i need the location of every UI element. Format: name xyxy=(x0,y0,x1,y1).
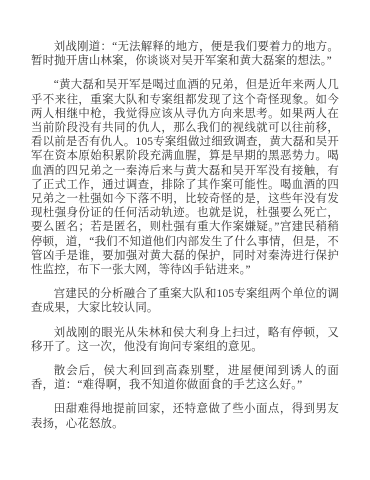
paragraph: 散会后，侯大利回到高森别墅，进屋便闻到诱人的面香，道：“难得啊，我不知道你做面食… xyxy=(31,364,339,392)
paragraph: 宫建民的分析融合了重案大队和105专案组两个单位的调查成果，大家比较认同。 xyxy=(31,287,339,315)
paragraph: “黄大磊和吴开军是喝过血酒的兄弟，但是近年来两人几乎不来往，重案大队和专案组都发… xyxy=(31,78,339,277)
novel-reader-page: 刘战刚道：“无法解释的地方，便是我们要着力的地方。暂时抛开唐山林案，你谈谈对吴开… xyxy=(0,0,370,480)
paragraph: 刘战刚道：“无法解释的地方，便是我们要着力的地方。暂时抛开唐山林案，你谈谈对吴开… xyxy=(31,40,339,68)
paragraph: 刘战刚的眼光从朱林和侯大利身上扫过，略有停顿，又移开了。这一次，他没有询问专案组… xyxy=(31,326,339,354)
paragraph: 田甜难得地提前回家，还特意做了些小面点，得到男友表扬，心花怒放。 xyxy=(31,402,339,430)
